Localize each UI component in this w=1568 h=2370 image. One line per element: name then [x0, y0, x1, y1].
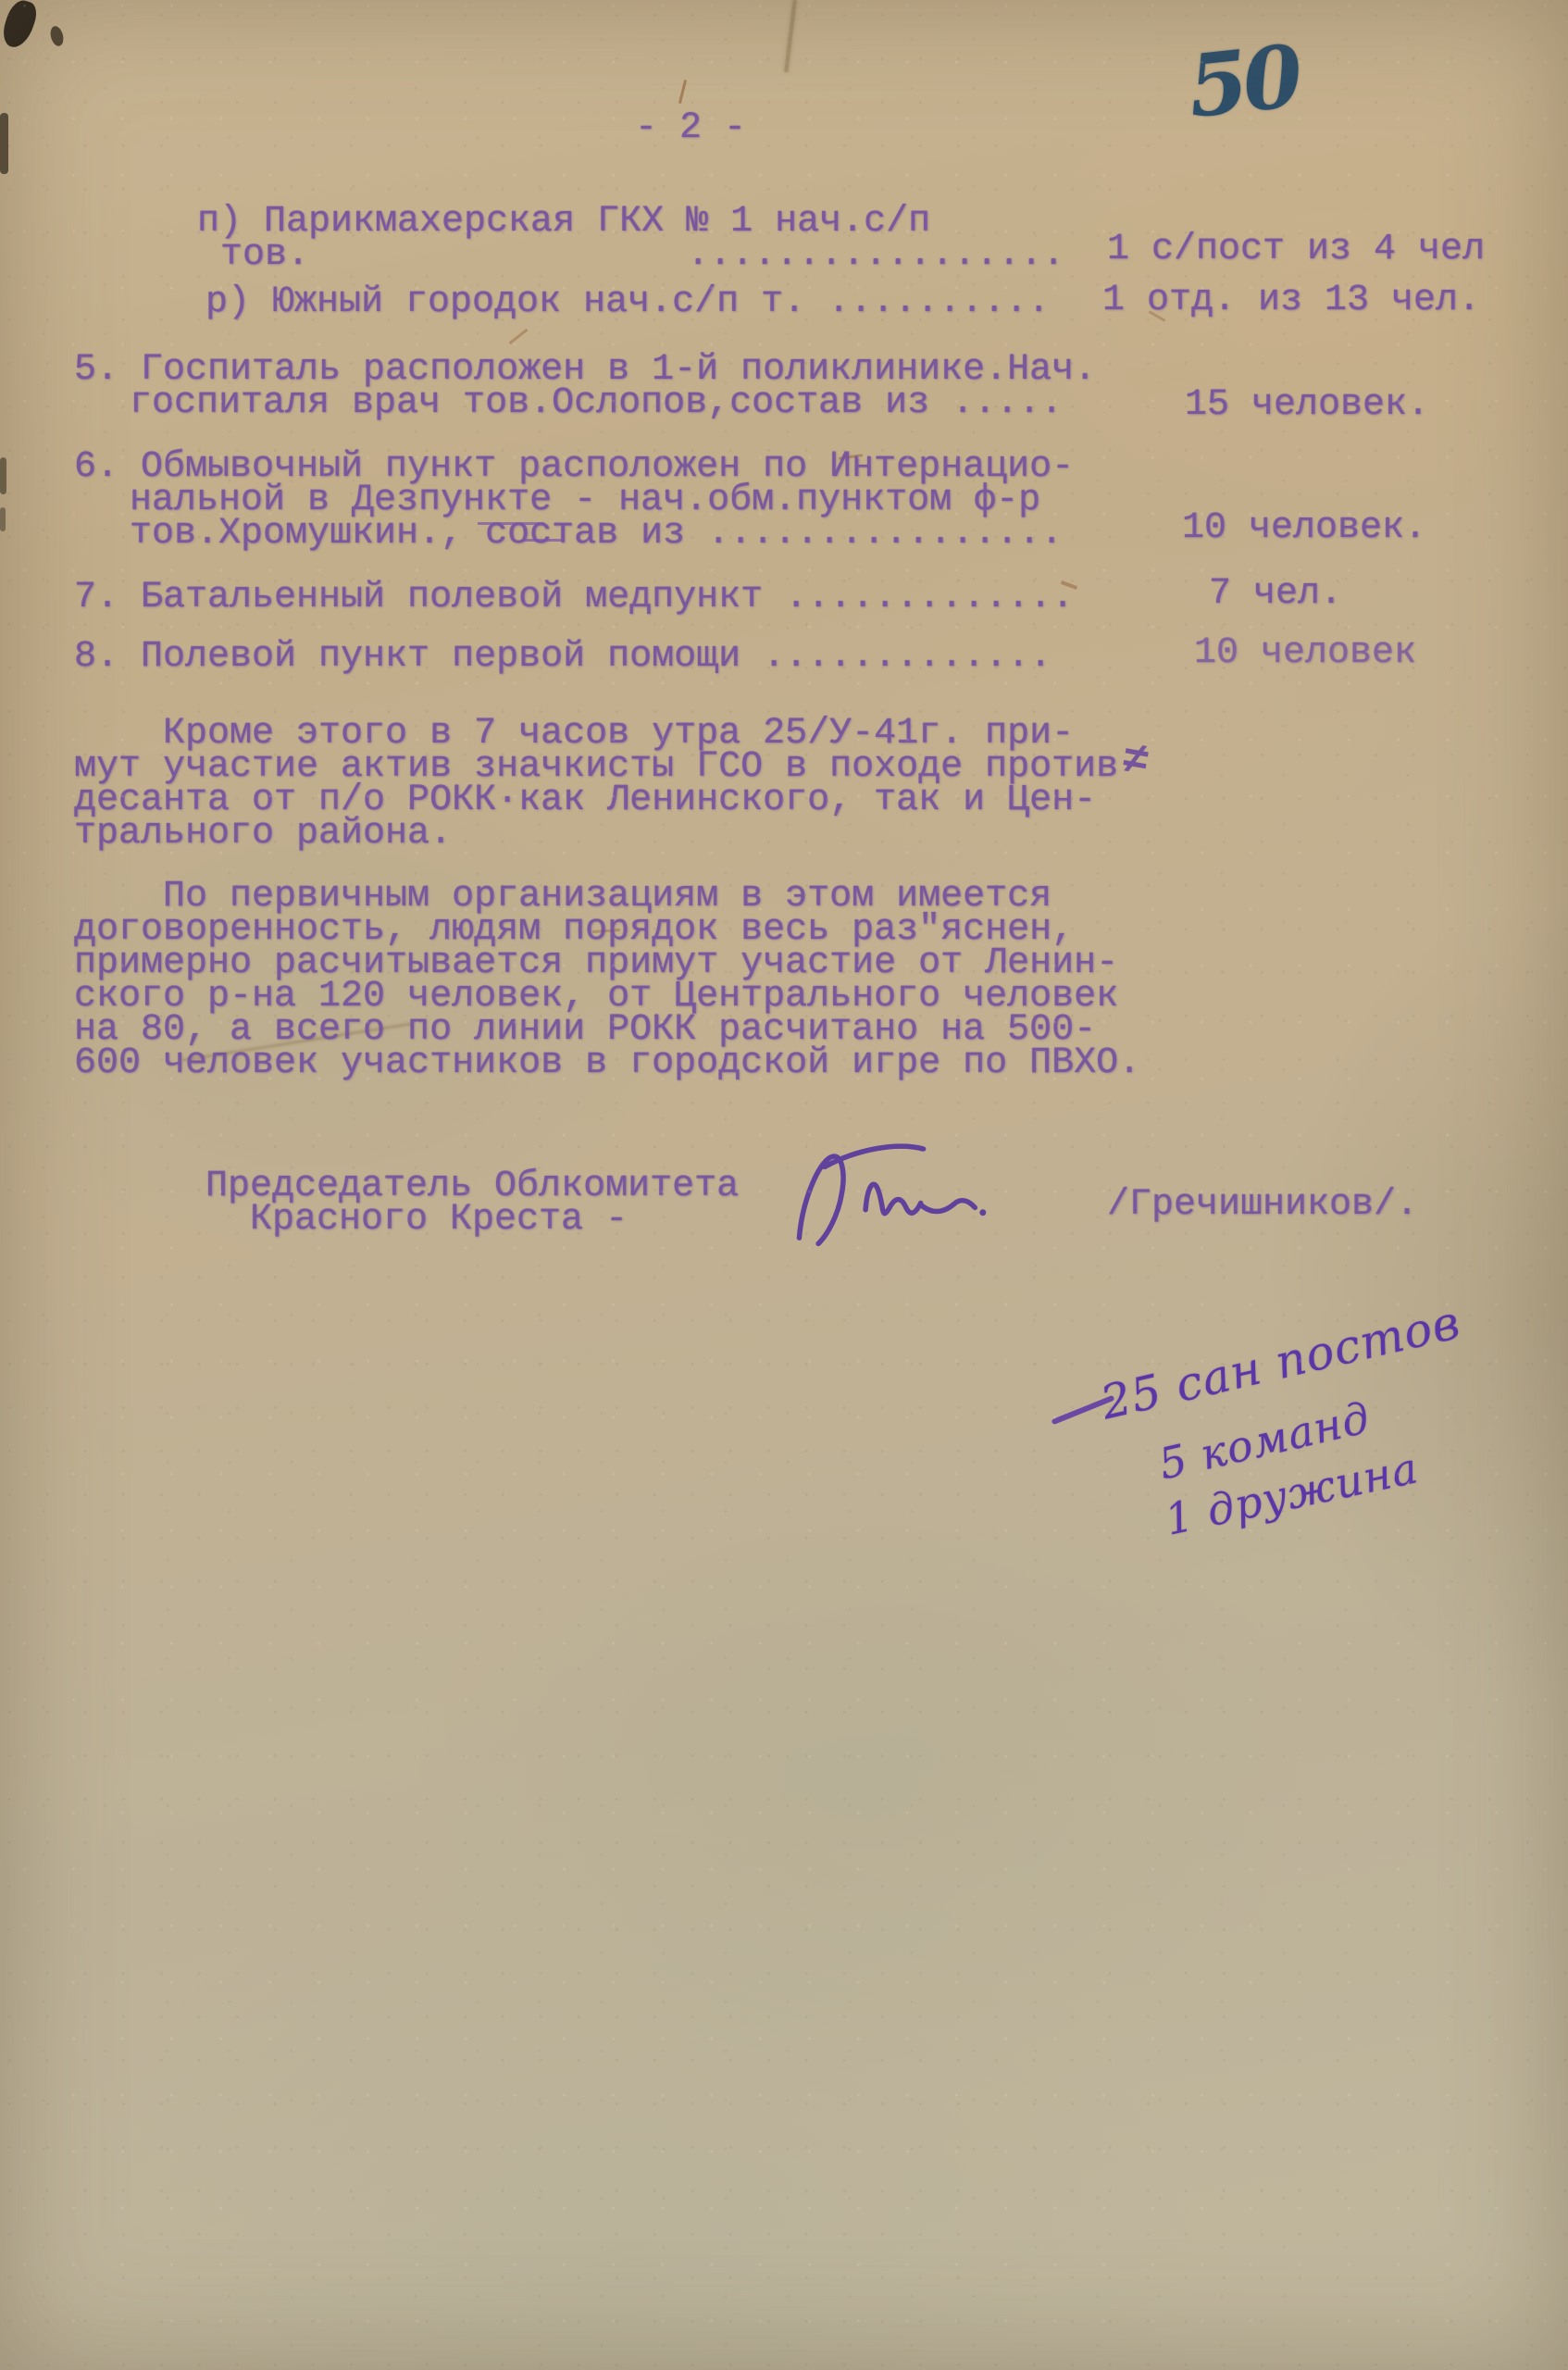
typed-line-item6-3: тов.Хромушкин., состав из ..............…: [130, 516, 1063, 553]
typed-line-item5-2: госпиталя врач тов.Ослопов,состав из ...…: [130, 385, 1063, 422]
document-page: 50 - 2 - п) Парикмахерская ГКХ № 1 нач.с…: [0, 0, 1568, 2370]
typed-overstrike-correction: [524, 539, 561, 542]
typed-value-item5: 15 человек.: [1185, 387, 1429, 424]
typed-value-item7: 7 чел.: [1209, 576, 1342, 613]
typed-value-item6: 10 человек.: [1182, 510, 1426, 547]
typed-line-item8: 8. Полевой пункт первой помощи .........…: [74, 639, 1052, 676]
handwritten-signature: [778, 1128, 1010, 1266]
typed-line-item7: 7. Батальенный полевой медпункт ........…: [74, 580, 1074, 617]
typed-line-item-r: р) Южный городок нач.с/п т. ..........: [205, 284, 1050, 321]
typed-line-para1-4: трального района.: [74, 816, 452, 853]
typed-line-item-p-2: тов. .................: [220, 237, 1064, 274]
typed-line-para2-6: 600 человек участников в городской игре …: [74, 1045, 1140, 1082]
typed-strikeout-mark: ≠: [1118, 735, 1153, 789]
typed-value-item-p: 1 с/пост из 4 чел: [1107, 231, 1485, 268]
page-number: - 2 -: [635, 110, 746, 147]
signature-title-line2: Красного Креста -: [250, 1202, 628, 1239]
typed-value-item8: 10 человек: [1194, 635, 1416, 672]
signature-name: /Гречишников/.: [1107, 1187, 1418, 1224]
typed-underline-correction: [478, 522, 544, 525]
typed-value-item-r: 1 отд. из 13 чел.: [1102, 282, 1480, 319]
